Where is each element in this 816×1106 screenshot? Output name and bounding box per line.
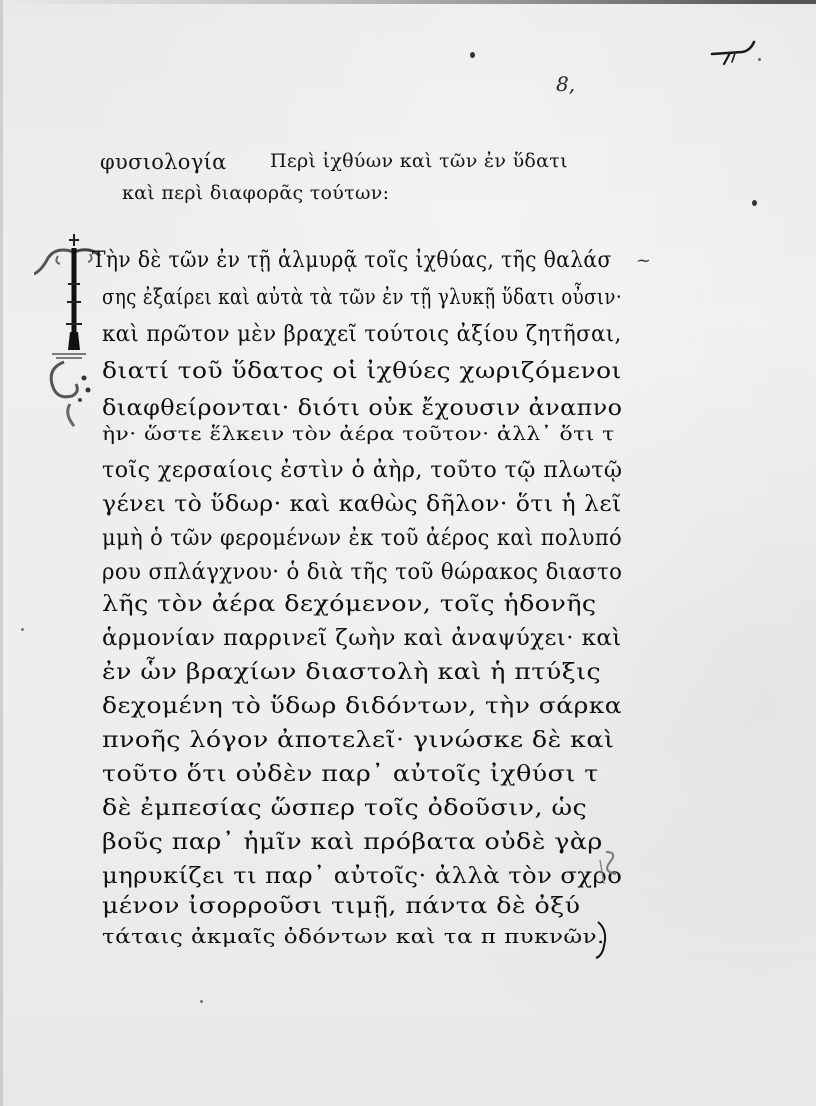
text-line-18: βοῦς παρ᾽ ἡμῖν καὶ πρόβατα οὐδὲ γὰρ xyxy=(102,830,603,855)
page-left-edge xyxy=(0,0,3,1106)
text-line-15: πνοῆς λόγον ἀποτελεῖ· γινώσκε δὲ καὶ xyxy=(102,728,614,753)
text-line-19: μηρυκίζει τι παρ᾽ αὐτοῖς· ἀλλὰ τὸν σχρο xyxy=(102,864,622,889)
text-line-8: γένει τὸ ὕδωρ· καὶ καθὼς δῆλον· ὅτι ἡ λε… xyxy=(102,492,622,517)
text-line-5: διαφθείρονται· διότι οὐκ ἔχουσιν ἀναπνο xyxy=(102,396,622,421)
ink-speck xyxy=(200,1000,203,1003)
folio-mark-icon xyxy=(708,36,758,66)
text-line-12: ἁρμονίαν παρρινεῖ ζωὴν καὶ ἀναψύχει· καὶ xyxy=(102,626,622,651)
ink-speck xyxy=(470,52,475,58)
text-line-3: καὶ πρῶτον μὲν βραχεῖ τούτοις ἀξίου ζητῆ… xyxy=(102,322,622,347)
text-line-11: λῆς τὸν ἀέρα δεχόμενον, τοῖς ἡδονῆς xyxy=(102,592,597,617)
ink-speck xyxy=(758,58,761,61)
text-line-2: σης ἐξαίρει καὶ αὐτὰ τὰ τῶν ἐν τῇ γλυκῇ … xyxy=(102,285,622,309)
text-line-14: δεχομένη τὸ ὕδωρ διδόντων, τὴν σάρκα xyxy=(102,694,622,719)
folio-number: 8, xyxy=(556,72,575,96)
text-line-17: δὲ ἐμπεσίας ὥσπερ τοῖς ὀδοῦσιν, ὡς xyxy=(102,796,587,821)
heading-title-left: φυσιολογία xyxy=(100,150,227,174)
text-line-10: ρου σπλάγχνου· ὁ διὰ τῆς τοῦ θώρακος δια… xyxy=(102,560,622,585)
heading-title-right: Περὶ ἰχθύων καὶ τῶν ἐν ὕδατι xyxy=(270,150,568,172)
manuscript-page: 8, φυσιολογία Περὶ ἰχθύων καὶ τῶν ἐν ὕδα… xyxy=(0,0,816,1106)
text-line-4: διατί τοῦ ὕδατος οἱ ἰχθύες χωριζόμενοι xyxy=(102,359,622,384)
heading-subtitle: καὶ περὶ διαφορᾶς τούτων: xyxy=(122,182,389,204)
ink-speck xyxy=(752,200,757,206)
page-top-edge-shadow xyxy=(0,0,816,4)
text-line-21: τάταις ἀκμαῖς ὀδόντων καὶ τα π πυκνῶν. xyxy=(102,924,605,948)
margin-tilde-mark: ~ xyxy=(636,250,651,271)
text-line-7: τοῖς χερσαίοις ἐστὶν ὁ ἀὴρ, τοῦτο τῷ πλω… xyxy=(102,458,622,483)
text-line-1: Τὴν δὲ τῶν ἐν τῇ ἁλμυρᾷ τοῖς ἰχθύας, τῆς… xyxy=(92,248,612,273)
text-line-16: τοῦτο ὅτι οὐδὲν παρ᾽ αὐτοῖς ἰχθύσι τ xyxy=(102,762,599,787)
text-line-6: ὴν· ὥστε ἕλκειν τὸν ἀέρα τοῦτον· ἀλλ᾽ ὅτ… xyxy=(102,423,615,445)
text-line-20: μένον ἰσορροῦσι τιμῇ, πάντα δὲ ὀξύ xyxy=(102,894,580,919)
closing-bracket-icon xyxy=(594,920,610,960)
text-line-13: ἐν ὧν βραχίων διαστολὴ καὶ ἡ πτύξις xyxy=(102,660,601,685)
margin-flourish-icon xyxy=(596,848,626,888)
text-line-9: μμὴ ὁ τῶν φερομένων ἐκ τοῦ ἀέρος καὶ πολ… xyxy=(102,526,622,551)
ink-speck xyxy=(21,628,24,631)
